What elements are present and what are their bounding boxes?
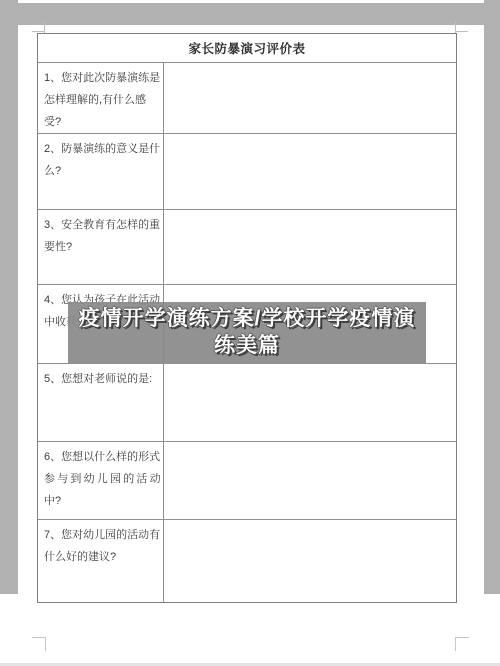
question-cell: 7、您对幼儿园的活动有 什么好的建议? [38,520,164,602]
watermark-title-banner: 疫情开学演练方案/学校开学疫情演 练美篇 [68,302,426,363]
answer-cell [164,210,456,284]
question-line: 6、您想以什么样的形式 [44,446,163,468]
answer-cell [164,442,456,519]
backdrop-left [0,0,18,594]
answer-cell [164,134,456,209]
question-cell: 5、您想对老师说的是: [38,364,164,441]
answer-cell [164,63,456,133]
table-row: 6、您想以什么样的形式 参与到幼儿园的活动 中? [38,441,456,519]
table-row: 2、防暴演练的意义是什 么? [38,133,456,209]
document-viewer: 家长防暴演习评价表 1、您对此次防暴演练是 怎样理解的,有什么感 受? 2、防暴… [0,0,500,666]
question-cell: 6、您想以什么样的形式 参与到幼儿园的活动 中? [38,442,164,519]
question-line: 5、您想对老师说的是: [44,368,163,390]
question-cell: 3、安全教育有怎样的重 要性? [38,210,164,284]
backdrop-right [484,0,500,594]
question-line: 3、安全教育有怎样的重 [44,214,163,236]
page-margin-mark-top-right [456,31,468,32]
question-cell: 2、防暴演练的意义是什 么? [38,134,164,209]
previous-page-edge [18,0,484,3]
page-margin-mark-top-left [32,31,44,32]
page-margin-mark-top-left [44,22,45,33]
table-row: 5、您想对老师说的是: [38,363,456,441]
question-line: 怎样理解的,有什么感 [44,89,163,111]
table-row: 3、安全教育有怎样的重 要性? [38,209,456,284]
question-line: 什么好的建议? [44,546,163,568]
question-line: 要性? [44,236,163,258]
question-line: 参与到幼儿园的活动 [44,468,163,490]
page-margin-mark-bottom-right [455,637,469,651]
answer-cell [164,364,456,441]
question-line: 么? [44,160,163,182]
question-cell: 1、您对此次防暴演练是 怎样理解的,有什么感 受? [38,63,164,133]
question-line: 1、您对此次防暴演练是 [44,67,163,89]
watermark-title-line: 练美篇 [68,332,426,359]
question-line: 中? [44,490,163,512]
page-margin-mark-bottom-left [32,637,46,651]
question-line: 7、您对幼儿园的活动有 [44,524,163,546]
table-row: 1、您对此次防暴演练是 怎样理解的,有什么感 受? [38,62,456,133]
question-line: 2、防暴演练的意义是什 [44,138,163,160]
table-row: 7、您对幼儿园的活动有 什么好的建议? [38,519,456,602]
table-title: 家长防暴演习评价表 [38,34,456,62]
answer-cell [164,520,456,602]
question-line: 受? [44,111,163,133]
page-gap-background [0,0,500,25]
watermark-title-line: 疫情开学演练方案/学校开学疫情演 [68,305,426,332]
